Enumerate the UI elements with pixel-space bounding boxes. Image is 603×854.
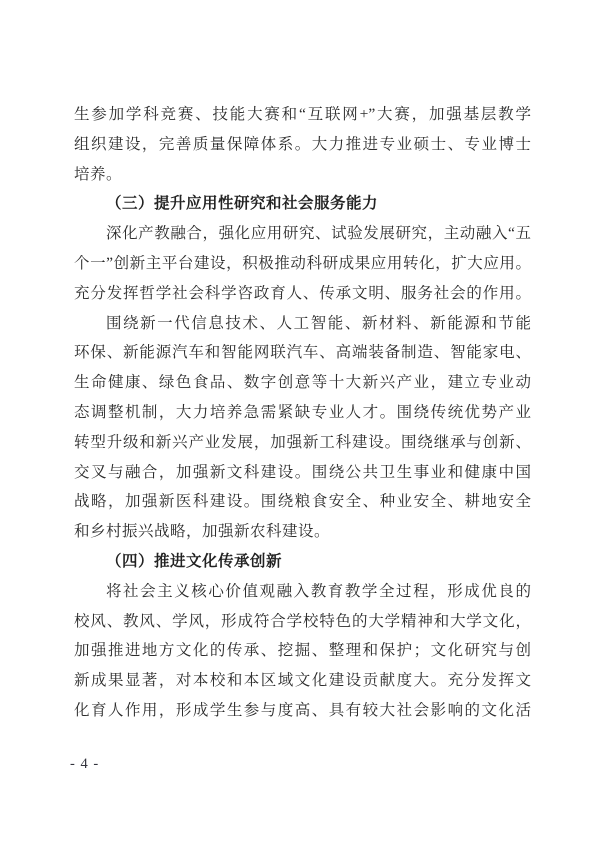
text-line: 和乡村振兴战略，加强新农科建设。	[74, 517, 531, 547]
section-heading: （三）提升应用性研究和社会服务能力	[74, 189, 531, 219]
document-page: 生参加学科竞赛、技能大赛和“互联网+”大赛，加强基层教学组织建设，完善质量保障体…	[0, 0, 603, 854]
text-line: 充分发挥哲学社会科学咨政育人、传承文明、服务社会的作用。	[74, 279, 531, 309]
text-line: 围绕新一代信息技术、人工智能、新材料、新能源和节能	[74, 309, 531, 339]
text-line: 环保、新能源汽车和智能网联汽车、高端装备制造、智能家电、	[74, 338, 531, 368]
text-line: 化育人作用，形成学生参与度高、具有较大社会影响的文化活	[74, 696, 531, 726]
text-line: 深化产教融合，强化应用研究、试验发展研究，主动融入“五	[74, 219, 531, 249]
text-line: 新成果显著，对本校和本区域文化建设贡献度大。充分发挥文	[74, 666, 531, 696]
text-line: 转型升级和新兴产业发展，加强新工科建设。围绕继承与创新、	[74, 428, 531, 458]
text-line: 组织建设，完善质量保障体系。大力推进专业硕士、专业博士	[74, 130, 531, 160]
text-line: 培养。	[74, 160, 531, 190]
text-line: 生参加学科竞赛、技能大赛和“互联网+”大赛，加强基层教学	[74, 100, 531, 130]
text-line: 校风、教风、学风，形成符合学校特色的大学精神和大学文化，	[74, 607, 531, 637]
text-line: 生命健康、绿色食品、数字创意等十大新兴产业，建立专业动	[74, 368, 531, 398]
text-line: 态调整机制，大力培养急需紧缺专业人才。围绕传统优势产业	[74, 398, 531, 428]
text-block: 生参加学科竞赛、技能大赛和“互联网+”大赛，加强基层教学组织建设，完善质量保障体…	[74, 100, 531, 726]
page-number: - 4 -	[70, 753, 99, 775]
text-line: 战略，加强新医科建设。围绕粮食安全、种业安全、耕地安全	[74, 487, 531, 517]
section-heading: （四）推进文化传承创新	[74, 547, 531, 577]
text-line: 个一”创新主平台建设，积极推动科研成果应用转化，扩大应用。	[74, 249, 531, 279]
text-line: 交叉与融合，加强新文科建设。围绕公共卫生事业和健康中国	[74, 458, 531, 488]
text-line: 加强推进地方文化的传承、挖掘、整理和保护；文化研究与创	[74, 636, 531, 666]
text-line: 将社会主义核心价值观融入教育教学全过程，形成优良的	[74, 577, 531, 607]
